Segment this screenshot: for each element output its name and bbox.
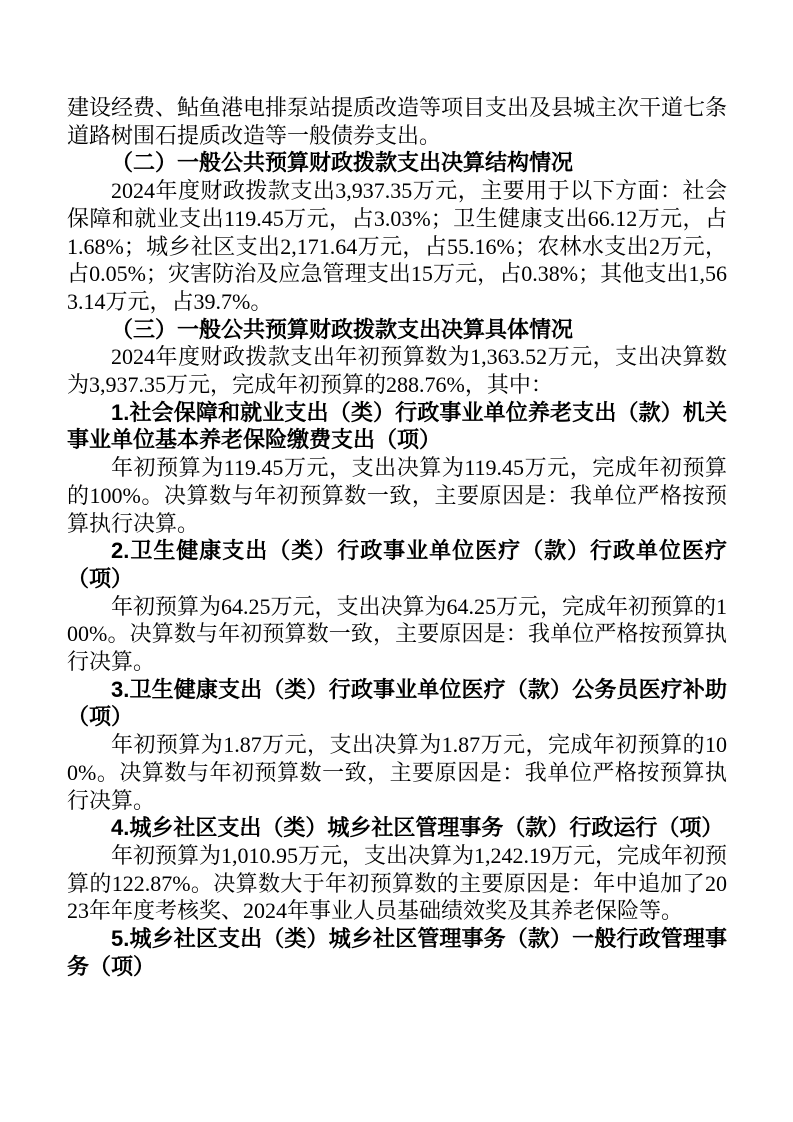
item-heading-5-general-admin-affairs: 5.城乡社区支出（类）城乡社区管理事务（款）一般行政管理事务（项）	[67, 925, 727, 980]
paragraph-item-4-detail: 年初预算为1,010.95万元，支出决算为1,242.19万元，完成年初预算的1…	[67, 842, 727, 925]
paragraph-item-1-detail: 年初预算为119.45万元，支出决算为119.45万元，完成年初预算的100%。…	[67, 454, 727, 537]
document-page: 建设经费、鲇鱼港电排泵站提质改造等项目支出及县城主次干道七条道路树围石提质改造等…	[0, 0, 793, 1122]
paragraph-expenditure-structure-detail: 2024年度财政拨款支出3,937.35万元，主要用于以下方面：社会保障和就业支…	[67, 177, 727, 316]
section-heading-3-expenditure-specifics: （三）一般公共预算财政拨款支出决算具体情况	[67, 316, 727, 344]
item-heading-1-social-security-pension: 1.社会保障和就业支出（类）行政事业单位养老支出（款）机关事业单位基本养老保险缴…	[67, 399, 727, 454]
item-heading-3-civil-servant-medical-subsidy: 3.卫生健康支出（类）行政事业单位医疗（款）公务员医疗补助（项）	[67, 676, 727, 731]
paragraph-item-3-detail: 年初预算为1.87万元，支出决算为1.87万元，完成年初预算的100%。决算数与…	[67, 731, 727, 814]
paragraph-budget-vs-final: 2024年度财政拨款支出年初预算数为1,363.52万元，支出决算数为3,937…	[67, 343, 727, 398]
item-heading-4-urban-rural-admin-operation: 4.城乡社区支出（类）城乡社区管理事务（款）行政运行（项）	[67, 814, 727, 842]
paragraph-item-2-detail: 年初预算为64.25万元，支出决算为64.25万元，完成年初预算的100%。决算…	[67, 593, 727, 676]
paragraph-continuation-debt-expenditure: 建设经费、鲇鱼港电排泵站提质改造等项目支出及县城主次干道七条道路树围石提质改造等…	[67, 94, 727, 149]
item-heading-2-health-admin-medical: 2.卫生健康支出（类）行政事业单位医疗（款）行政单位医疗（项）	[67, 537, 727, 592]
section-heading-2-expenditure-structure: （二）一般公共预算财政拨款支出决算结构情况	[67, 149, 727, 177]
